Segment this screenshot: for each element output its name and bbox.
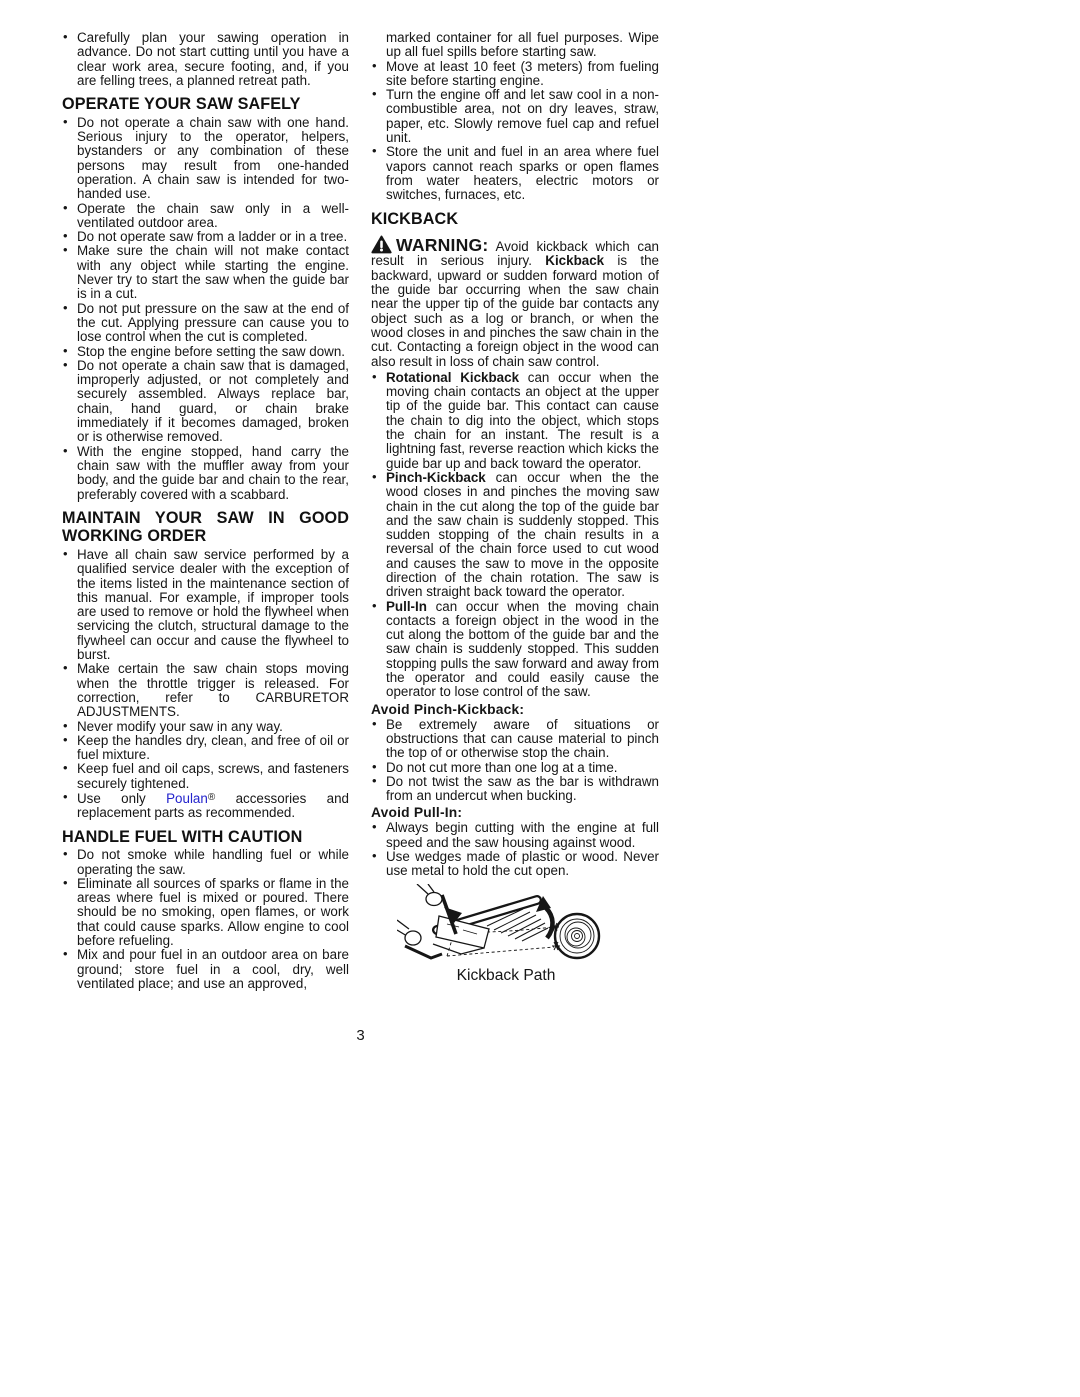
- bullet-text: Do not cut more than one log at a time.: [386, 760, 618, 775]
- bullet-item: •Use wedges made of plastic or wood. Nev…: [371, 850, 659, 879]
- bullet-text: Never modify your saw in any way.: [77, 719, 283, 734]
- bullet-text: Turn the engine off and let saw cool in …: [386, 87, 659, 145]
- bullet-marker: •: [63, 115, 68, 129]
- bullet-text: Do not operate a chain saw with one hand…: [77, 115, 349, 201]
- bullet-item: •Do not operate a chain saw that is dama…: [62, 359, 349, 445]
- bullet-text: Make sure the chain will not make contac…: [77, 243, 349, 301]
- bullet-text: Mix and pour fuel in an outdoor area on …: [77, 947, 349, 991]
- bullet-lead-bold: Pull-In: [386, 599, 427, 614]
- bullet-text: Do not smoke while handling fuel or whil…: [77, 847, 349, 876]
- warning-label: WARNING:: [396, 235, 489, 255]
- figure-caption: Kickback Path: [397, 967, 615, 984]
- bullet-item: •Do not operate a chain saw with one han…: [62, 116, 349, 202]
- bullet-text: Have all chain saw service performed by …: [77, 547, 349, 662]
- bullet-item-pull-in: •Pull-In can occur when the moving chain…: [371, 600, 659, 700]
- right-column: marked container for all fuel purposes. …: [371, 31, 659, 984]
- bullet-text: Store the unit and fuel in an area where…: [386, 144, 659, 202]
- heading-maintain-your-saw: MAINTAIN YOUR SAW IN GOOD WORKING ORDER: [62, 509, 349, 546]
- bullet-text: Do not put pressure on the saw at the en…: [77, 301, 349, 345]
- bullet-text: Eliminate all sources of sparks or flame…: [77, 876, 349, 948]
- bullet-item: •Keep the handles dry, clean, and free o…: [62, 734, 349, 763]
- bullet-marker: •: [372, 760, 377, 774]
- bullet-marker: •: [63, 344, 68, 358]
- bullet-marker: •: [63, 761, 68, 775]
- bullet-item: •Store the unit and fuel in an area wher…: [371, 145, 659, 202]
- bullet-item: •Do not cut more than one log at a time.: [371, 761, 659, 775]
- subheading-avoid-pinch-kickback: Avoid Pinch-Kickback:: [371, 702, 659, 717]
- bullet-item: •Do not smoke while handling fuel or whi…: [62, 848, 349, 877]
- bullet-text: can occur when the moving chain contacts…: [386, 599, 659, 700]
- kickback-figure: Kickback Path: [397, 884, 615, 984]
- bullet-item: •Always begin cutting with the engine at…: [371, 821, 659, 850]
- bullet-text: can occur when the moving chain contacts…: [386, 370, 659, 471]
- bullet-marker: •: [372, 144, 377, 158]
- brand-name-poulan: Poulan: [166, 791, 208, 806]
- bullet-marker: •: [372, 87, 377, 101]
- bullet-item: •Never modify your saw in any way.: [62, 720, 349, 734]
- bullet-marker: •: [63, 947, 68, 961]
- bullet-marker: •: [372, 59, 377, 73]
- heading-operate-your-saw-safely: OPERATE YOUR SAW SAFELY: [62, 95, 349, 114]
- bullet-lead-bold: Pinch-Kickback: [386, 470, 486, 485]
- bullet-item-use-only-poulan: •Use only Poulan® accessories and replac…: [62, 791, 349, 821]
- heading-kickback: KICKBACK: [371, 210, 659, 229]
- bullet-item: •With the engine stopped, hand carry the…: [62, 445, 349, 502]
- bullet-item: •Have all chain saw service performed by…: [62, 548, 349, 662]
- bullet-text: Make certain the saw chain stops moving …: [77, 661, 349, 719]
- bullet-marker: •: [372, 370, 377, 384]
- bullet-marker: •: [63, 847, 68, 861]
- bullet-item: •Operate the chain saw only in a well-ve…: [62, 202, 349, 231]
- bullet-text: Carefully plan your sawing operation in …: [77, 30, 349, 88]
- bullet-text: Do not operate saw from a ladder or in a…: [77, 229, 347, 244]
- bullet-item: •Keep fuel and oil caps, screws, and fas…: [62, 762, 349, 791]
- left-column: • Carefully plan your sawing operation i…: [62, 31, 349, 991]
- bullet-marker: •: [63, 358, 68, 372]
- bullet-marker: •: [63, 790, 68, 804]
- warning-triangle-icon: [371, 235, 392, 254]
- bullet-marker: •: [372, 849, 377, 863]
- bullet-text: Keep fuel and oil caps, screws, and fast…: [77, 761, 349, 790]
- bullet-text: Do not twist the saw as the bar is withd…: [386, 774, 659, 803]
- bullet-text: can occur when the the wood closes in an…: [386, 470, 659, 599]
- bullet-text: Stop the engine before setting the saw d…: [77, 344, 345, 359]
- bullet-marker: •: [63, 229, 68, 243]
- bullet-text: Keep the handles dry, clean, and free of…: [77, 733, 349, 762]
- document-page: • Carefully plan your sawing operation i…: [0, 0, 1080, 1397]
- bullet-text: Operate the chain saw only in a well-ven…: [77, 201, 349, 230]
- bullet-text: With the engine stopped, hand carry the …: [77, 444, 349, 502]
- bullet-item: •Turn the engine off and let saw cool in…: [371, 88, 659, 145]
- bullet-marker: •: [63, 719, 68, 733]
- bullet-marker: •: [63, 201, 68, 215]
- bullet-text: Always begin cutting with the engine at …: [386, 820, 659, 849]
- bullet-item: •Mix and pour fuel in an outdoor area on…: [62, 948, 349, 991]
- bullet-item: •Move at least 10 feet (3 meters) from f…: [371, 60, 659, 89]
- bullet-marker: •: [63, 301, 68, 315]
- bullet-lead-bold: Rotational Kickback: [386, 370, 519, 385]
- bullet-item: •Make sure the chain will not make conta…: [62, 244, 349, 301]
- bullet-item: •Do not put pressure on the saw at the e…: [62, 302, 349, 345]
- continuation-paragraph: marked container for all fuel purposes. …: [371, 31, 659, 60]
- bullet-item-rotational-kickback: •Rotational Kickback can occur when the …: [371, 371, 659, 471]
- bullet-item: •Make certain the saw chain stops moving…: [62, 662, 349, 719]
- page-number: 3: [62, 1027, 659, 1044]
- bullet-marker: •: [372, 470, 377, 484]
- bullet-item: • Carefully plan your sawing operation i…: [62, 31, 349, 88]
- bullet-marker: •: [63, 876, 68, 890]
- bullet-marker: •: [372, 774, 377, 788]
- bullet-text: Use only: [77, 791, 166, 806]
- subheading-avoid-pull-in: Avoid Pull-In:: [371, 805, 659, 820]
- bullet-marker: •: [372, 717, 377, 731]
- heading-handle-fuel-with-caution: HANDLE FUEL WITH CAUTION: [62, 828, 349, 847]
- warning-paragraph: WARNING:Avoid kickback which can result …: [371, 235, 659, 369]
- bullet-marker: •: [372, 820, 377, 834]
- bullet-marker: •: [63, 30, 68, 44]
- bullet-item-pinch-kickback: •Pinch-Kickback can occur when the the w…: [371, 471, 659, 600]
- bullet-text: Do not operate a chain saw that is damag…: [77, 358, 349, 444]
- bullet-text: Move at least 10 feet (3 meters) from fu…: [386, 59, 659, 88]
- bullet-text: Use wedges made of plastic or wood. Neve…: [386, 849, 659, 878]
- bullet-marker: •: [63, 547, 68, 561]
- warning-text: is the backward, upward or sudden forwar…: [371, 253, 659, 368]
- bullet-marker: •: [63, 733, 68, 747]
- chainsaw-kickback-illustration: [397, 884, 615, 964]
- bullet-text: Be extremely aware of situations or obst…: [386, 717, 659, 761]
- bullet-item: •Stop the engine before setting the saw …: [62, 345, 349, 359]
- bullet-item: •Eliminate all sources of sparks or flam…: [62, 877, 349, 948]
- bullet-item: •Be extremely aware of situations or obs…: [371, 718, 659, 761]
- bullet-item: •Do not operate saw from a ladder or in …: [62, 230, 349, 244]
- bullet-marker: •: [63, 661, 68, 675]
- bullet-marker: •: [63, 444, 68, 458]
- bullet-item: •Do not twist the saw as the bar is with…: [371, 775, 659, 804]
- bullet-marker: •: [63, 243, 68, 257]
- bullet-marker: •: [372, 599, 377, 613]
- warning-text-bold: Kickback: [545, 253, 604, 268]
